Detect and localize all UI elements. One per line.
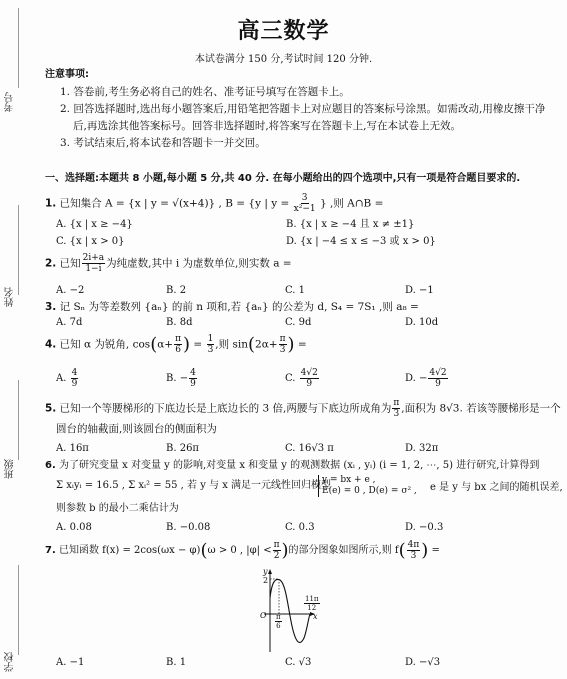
question-number: 5. — [45, 403, 56, 415]
q1-option-d[interactable]: D. {x | −4 ≤ x ≤ −3 或 x > 0} — [286, 235, 436, 248]
q5-option-a[interactable]: A. 16π — [56, 442, 89, 455]
q4-option-c[interactable]: C. 4√29 — [285, 368, 320, 389]
question-number: 2. — [45, 258, 56, 270]
question-6-tail: e 是 y 与 bx 之间的随机误差, — [430, 481, 563, 494]
q5-option-b[interactable]: B. 26π — [166, 442, 199, 455]
y-tick-2: 2 — [263, 574, 268, 587]
question-1: 1. 已知集合 A = {x | y = √(x+4)} , B = {y | … — [45, 193, 383, 214]
q3-option-a[interactable]: A. 7d — [56, 316, 82, 329]
margin-rule — [18, 565, 19, 655]
x-tick-11pi-12: 11π12 — [303, 595, 321, 612]
q7-option-b[interactable]: B. 1 — [166, 656, 186, 669]
q6-option-b[interactable]: B. −0.08 — [166, 521, 210, 534]
q1-option-b[interactable]: B. {x | x ≥ −4 且 x ≠ ±1} — [286, 218, 414, 231]
q3-option-c[interactable]: C. 9d — [285, 316, 311, 329]
question-stem: 记 Sₙ 为等差数列 {aₙ} 的前 n 项和,若 {aₙ} 的公差为 d, S… — [60, 301, 419, 313]
margin-rule — [18, 380, 19, 460]
q7-option-c[interactable]: C. √3 — [285, 656, 311, 669]
q5-option-d[interactable]: D. 32π — [405, 442, 438, 455]
q4-option-a[interactable]: A. 49 — [56, 368, 79, 389]
fraction: 3x²−1 — [294, 193, 316, 214]
notice-item-1: 1. 答卷前,考生务必将自己的姓名、准考证号填写在答题卡上。 — [60, 86, 350, 99]
question-5-cont: 圆台的轴截面,则该圆台的侧面积为 — [56, 423, 217, 436]
q4-option-d[interactable]: D. −4√29 — [405, 368, 449, 389]
q2-option-c[interactable]: C. 1 — [285, 284, 305, 297]
q3-option-d[interactable]: D. 10d — [405, 316, 438, 329]
question-6-sums: Σ xᵢyᵢ = 16.5 , Σ xᵢ² = 55 , 若 y 与 x 满足一… — [56, 479, 331, 492]
q2-option-a[interactable]: A. −2 — [56, 284, 84, 297]
q5-option-c[interactable]: C. 16√3 π — [285, 442, 334, 455]
question-stem: 已知集合 A = {x | y = √(x+4)} , B = {y | y = — [60, 198, 290, 210]
notice-heading: 注意事项: — [45, 68, 89, 81]
fraction: 2i+a1−i — [82, 253, 106, 274]
question-stem: } ,则 A∩B = — [320, 198, 383, 210]
origin-label: O — [260, 609, 267, 622]
question-2: 2. 已知2i+a1−i为纯虚数,其中 i 为虚数单位,则实数 a = — [45, 253, 292, 274]
page-title: 高三数学 — [0, 14, 567, 45]
question-4: 4. 已知 α 为锐角, cos(α+π6) = 13,则 sin(2α+π3)… — [45, 334, 307, 355]
notice-item-2-cont: 后,再选涂其他答案标号。回答非选择题时,将答案写在答题卡上,写在本试卷上无效。 — [73, 120, 461, 133]
margin-rule — [18, 205, 19, 295]
question-3: 3. 记 Sₙ 为等差数列 {aₙ} 的前 n 项和,若 {aₙ} 的公差为 d… — [45, 301, 419, 314]
q4-option-b[interactable]: B. −49 — [166, 368, 198, 389]
question-5: 5. 已知一个等腰梯形的下底边长是上底边长的 3 倍,两腰与下底边所成角为π3,… — [45, 398, 561, 419]
q6-option-c[interactable]: C. 0.3 — [285, 521, 315, 534]
q2-option-d[interactable]: D. −1 — [405, 284, 434, 297]
question-number: 3. — [45, 301, 56, 313]
q1-option-a[interactable]: A. {x | x ≥ −4} — [56, 218, 133, 231]
q1-option-c[interactable]: C. {x | x > 0} — [56, 235, 124, 248]
exam-page: 考号 姓名 班级 学校 高三数学 本试卷满分 150 分,考试时间 120 分钟… — [0, 0, 567, 679]
q6-option-d[interactable]: D. −0.3 — [405, 521, 443, 534]
q7-option-d[interactable]: D. −√3 — [405, 656, 440, 669]
question-7: 7. 已知函数 f(x) = 2cos(ωx − φ)(ω > 0 , |φ| … — [45, 540, 440, 561]
q7-option-a[interactable]: A. −1 — [56, 656, 84, 669]
regression-model: y = bx + e , E(e) = 0 , D(e) = σ² , — [318, 475, 417, 497]
question-number: 7. — [45, 545, 56, 556]
question-number: 4. — [45, 339, 56, 351]
question-number: 1. — [45, 198, 56, 210]
q3-option-b[interactable]: B. 8d — [166, 316, 192, 329]
margin-label-school: 学校 — [5, 648, 19, 672]
question-6: 6. 为了研究变量 x 对变量 y 的影响,对变量 x 和变量 y 的观测数据 … — [45, 459, 539, 472]
exam-info: 本试卷满分 150 分,考试时间 120 分钟. — [0, 50, 567, 65]
notice-item-3: 3. 考试结束后,将本试卷和答题卡一并交回。 — [60, 137, 266, 150]
section-heading: 一、选择题:本题共 8 小题,每小题 5 分,共 40 分. 在每小题给出的四个… — [45, 172, 520, 185]
margin-label-class: 班级 — [5, 455, 19, 479]
notice-item-2: 2. 回答选择题时,选出每小题答案后,用铅笔把答题卡上对应题目的答案标号涂黑。如… — [60, 103, 545, 116]
x-tick-pi-6: π6 — [274, 613, 283, 630]
margin-label-name: 姓名 — [5, 283, 19, 307]
q2-option-b[interactable]: B. 2 — [166, 284, 186, 297]
q6-option-a[interactable]: A. 0.08 — [56, 521, 92, 534]
margin-label-exam-id: 考号 — [5, 88, 19, 112]
question-6-cont: 则参数 b 的最小二乘估计为 — [56, 502, 179, 515]
question-number: 6. — [45, 460, 56, 471]
